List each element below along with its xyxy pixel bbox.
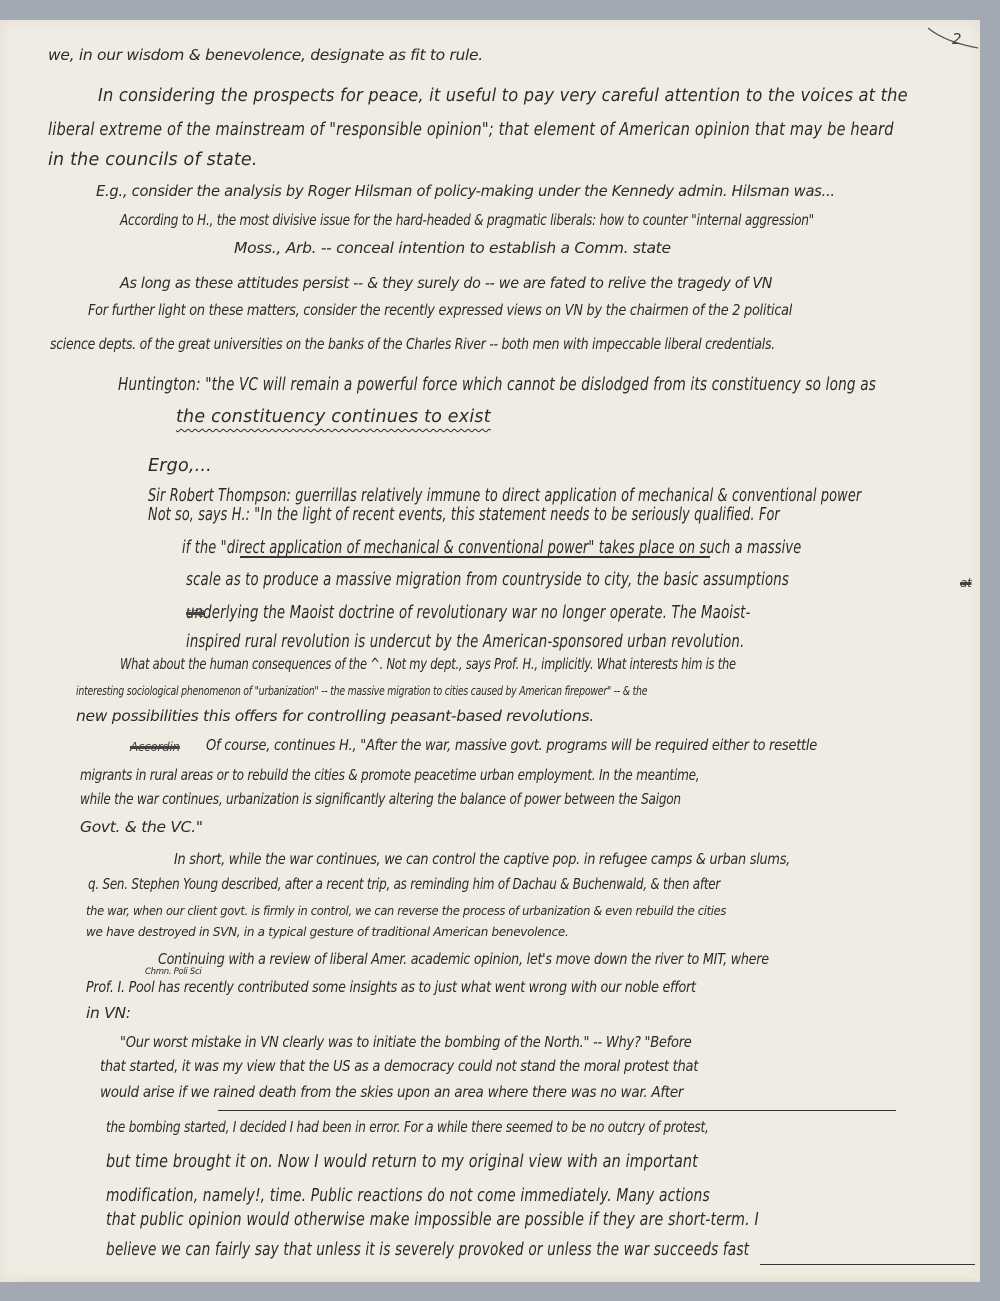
text-line: Of course, continues H., "After the war,… [206, 736, 817, 754]
text-line: Continuing with a review of liberal Amer… [158, 950, 769, 968]
struck-word: Accordin [130, 740, 180, 754]
quote-line-underlined: the constituency continues to exist [176, 407, 491, 427]
quote-line: that public opinion would otherwise make… [106, 1210, 759, 1230]
quote-line: would arise if we rained death from the … [100, 1083, 683, 1101]
text-line: we have destroyed in SVN, in a typical g… [86, 925, 568, 939]
text-line: For further light on these matters, cons… [88, 301, 792, 319]
text-line: What about the human consequences of the… [120, 655, 736, 673]
text-line: if the "direct application of mechanical… [182, 538, 801, 558]
text-line: As long as these attitudes persist -- & … [120, 274, 772, 292]
quote-line: that started, it was my view that the US… [100, 1057, 698, 1075]
quote-line: believe we can fairly say that unless it… [106, 1240, 749, 1260]
text-line: Sir Robert Thompson: guerrillas relative… [148, 486, 861, 506]
text-line: scale as to produce a massive migration … [186, 570, 789, 590]
quote-line: "Our worst mistake in VN clearly was to … [120, 1033, 692, 1051]
text-line: we, in our wisdom & benevolence, designa… [48, 46, 483, 64]
underline-mark [760, 1264, 975, 1265]
text-line: In short, while the war continues, we ca… [174, 850, 790, 868]
struck-word: at [960, 576, 971, 590]
text-line: Prof. I. Pool has recently contributed s… [86, 978, 696, 996]
margin-note: Chmn. Poli Sci [145, 967, 201, 977]
text-line: Govt. & the VC." [80, 818, 203, 836]
text-line: Moss., Arb. -- conceal intention to esta… [234, 239, 671, 257]
text-line: Ergo,... [148, 456, 212, 476]
page-number: 2 [952, 30, 962, 48]
text-line: According to H., the most divisive issue… [120, 211, 814, 229]
quote-line: modification, namely!, time. Public reac… [106, 1186, 710, 1206]
struck-word: the [186, 606, 205, 620]
underline-mark [240, 556, 710, 558]
text-line: Not so, says H.: "In the light of recent… [148, 505, 780, 525]
text-line: E.g., consider the analysis by Roger Hil… [96, 182, 835, 200]
text-line: liberal extreme of the mainstream of "re… [48, 120, 894, 140]
text-line: underlying the Maoist doctrine of revolu… [186, 603, 751, 623]
text-line: the war, when our client govt. is firmly… [86, 904, 726, 918]
text-line: In considering the prospects for peace, … [98, 86, 908, 106]
text-line: in VN: [86, 1004, 131, 1022]
quote-line: the bombing started, I decided I had bee… [106, 1118, 709, 1136]
text-line: migrants in rural areas or to rebuild th… [80, 766, 699, 784]
quote-line: Huntington: "the VC will remain a powerf… [118, 375, 876, 395]
paper-edge [20, 1274, 980, 1282]
text-line: in the councils of state. [48, 150, 258, 170]
text-line: science depts. of the great universities… [50, 335, 775, 353]
underline-mark [218, 1110, 896, 1111]
page-corner-mark [900, 0, 1000, 80]
text-line: interesting sociological phenomenon of "… [76, 684, 647, 698]
text-line: q. Sen. Stephen Young described, after a… [88, 875, 720, 893]
text-line: new possibilities this offers for contro… [76, 707, 594, 725]
text-line: while the war continues, urbanization is… [80, 790, 681, 808]
quote-line: but time brought it on. Now I would retu… [106, 1152, 698, 1172]
text-line: inspired rural revolution is undercut by… [186, 632, 744, 652]
